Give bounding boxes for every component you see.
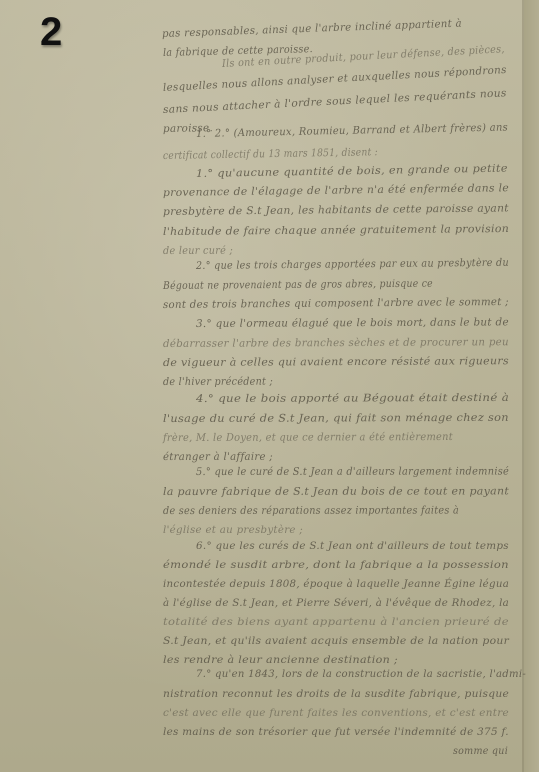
manuscript-line: presbytère de S.t Jean, les habitants de…: [163, 202, 509, 218]
manuscript-line: c'est avec elle que furent faites les co…: [163, 707, 509, 719]
manuscript-line: les rendre à leur ancienne destination ;: [163, 654, 398, 666]
manuscript-line: totalité des biens ayant appartenu à l'a…: [163, 616, 509, 628]
manuscript-line: Bégouat ne provenaient pas de gros abres…: [163, 278, 433, 292]
manuscript-line: incontestée depuis 1808, époque à laquel…: [163, 578, 509, 590]
manuscript-line: étranger à l'affaire ;: [163, 451, 273, 463]
manuscript-line: 7.° qu'en 1843, lors de la construction …: [196, 668, 526, 680]
manuscript-line: 1.° 2.° (Amoureux, Roumieu, Barrand et A…: [196, 121, 508, 140]
manuscript-line: sans nous attacher à l'ordre sous lequel…: [163, 87, 507, 116]
manuscript-line: somme qui: [453, 745, 508, 757]
manuscript-line: pas responsables, ainsi que l'arbre incl…: [162, 18, 462, 40]
manuscript-line: l'église et au presbytère ;: [163, 524, 303, 536]
manuscript-line: de ses deniers des réparations assez imp…: [163, 504, 459, 517]
page-number: 2: [40, 10, 62, 54]
manuscript-line: nistration reconnut les droits de la sus…: [163, 688, 509, 700]
manuscript-line: 6.° que les curés de S.t Jean ont d'aill…: [196, 540, 509, 552]
manuscript-line: 2.° que les trois charges apportées par …: [196, 257, 509, 272]
manuscript-line: émondé le susdit arbre, dont la fabrique…: [163, 559, 509, 571]
manuscript-line: à l'église de S.t Jean, et Pierre Séveri…: [163, 597, 509, 609]
manuscript-line: la pauvre fabrique de S.t Jean du bois d…: [163, 485, 509, 498]
manuscript-line: de leur curé ;: [163, 245, 233, 257]
manuscript-line: 4.° que le bois apporté au Bégouat était…: [196, 392, 509, 405]
manuscript-line: 3.° que l'ormeau élagué que le bois mort…: [196, 316, 509, 330]
manuscript-line: frère, M. le Doyen, et que ce dernier a …: [163, 431, 453, 444]
adjacent-page-edge: [524, 0, 539, 772]
manuscript-line: de l'hiver précédent ;: [163, 376, 273, 388]
manuscript-line: débarrasser l'arbre des branches sèches …: [163, 336, 509, 350]
manuscript-line: provenance de l'élagage de l'arbre n'a é…: [163, 182, 509, 199]
manuscript-line: l'usage du curé de S.t Jean, qui fait so…: [163, 412, 509, 425]
manuscript-line: de vigueur à celles qui avaient encore r…: [163, 355, 509, 369]
manuscript-page: 2 pas responsables, ainsi que l'arbre in…: [0, 0, 539, 772]
manuscript-line: 1.° qu'aucune quantité de bois, en grand…: [196, 163, 508, 180]
manuscript-line: les mains de son trésorier que fut versé…: [163, 726, 509, 738]
manuscript-line: S.t Jean, et qu'ils avaient acquis ensem…: [163, 635, 509, 647]
manuscript-line: 5.° que le curé de S.t Jean a d'ailleurs…: [196, 465, 509, 478]
manuscript-line: sont des trois branches qui composent l'…: [163, 296, 509, 311]
manuscript-line: l'habitude de faire chaque année gratuit…: [163, 223, 509, 238]
manuscript-line: certificat collectif du 13 mars 1851, di…: [163, 146, 378, 162]
